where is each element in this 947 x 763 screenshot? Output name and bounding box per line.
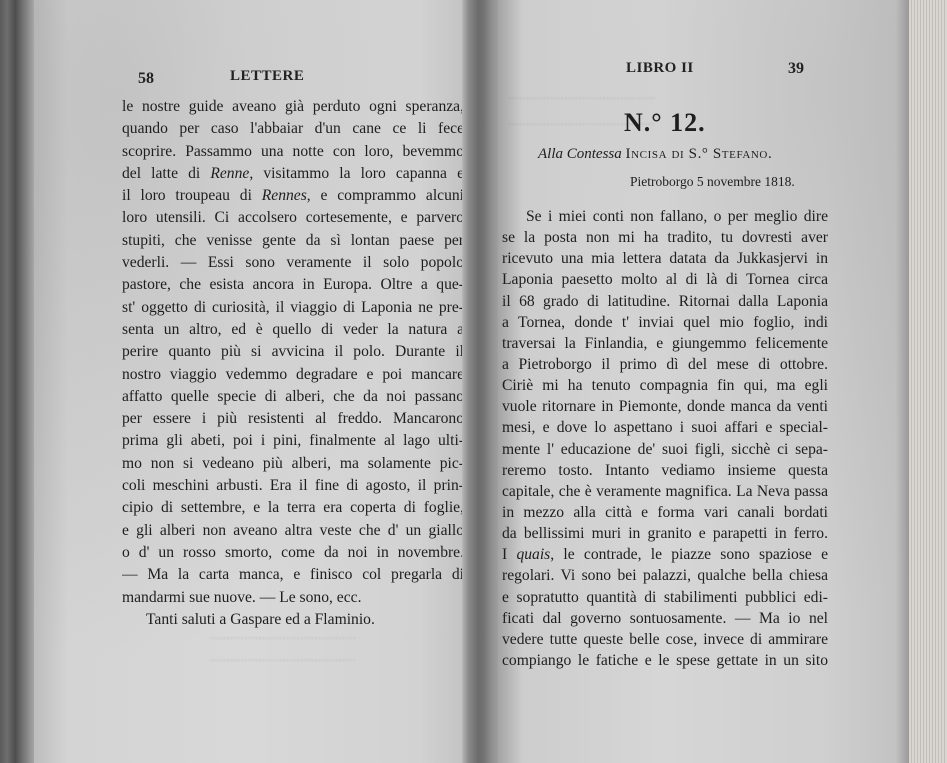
text-line: scoprire. Passammo una notte con loro, b…: [122, 141, 464, 163]
italic-word: Renne: [210, 165, 249, 182]
body-text: Se i miei conti non fallano, o per megli…: [502, 206, 828, 671]
text-line: loro utensili. Ci accolsero cortesemente…: [122, 207, 464, 229]
text-line: quando per caso l'abbaiar d'un cane ce l…: [122, 118, 464, 140]
text-line: mandarmi sue nuove. — Le sono, ecc.: [122, 587, 464, 609]
addressee-title: Alla Contessa: [538, 146, 622, 162]
text-line: del latte di Renne, visitammo la loro ca…: [122, 163, 464, 185]
text-line: o d' un rosso smorto, come da noi in nov…: [122, 542, 464, 564]
text-line: prima gli abeti, poi i pini, finalmente …: [122, 430, 464, 452]
text-line: vuole ritornare in Piemonte, donde manca…: [502, 396, 828, 417]
addressee-name: Incisa di S.° Stefano.: [626, 146, 773, 162]
postscript-line: Tanti saluti a Gaspare ed a Flaminio.: [122, 609, 464, 631]
text-line: affatto quelle specie di alberi, che da …: [122, 386, 464, 408]
text-line: ficati dal governo sontuosamente. — Ma i…: [502, 608, 828, 629]
text-line: le nostre guide aveano già perduto ogni …: [122, 96, 464, 118]
book-gutter: [462, 0, 498, 763]
text-line: vederli. — Essi sono veramente il solo p…: [122, 252, 464, 274]
text-line: mente l' educazione de' suoi figli, sicc…: [502, 439, 828, 460]
text-line: perire quanto più si avvicina il polo. D…: [122, 341, 464, 363]
left-page: ........................................…: [34, 0, 462, 763]
text-line: a Tornea, donde t' inviai quel mio fogli…: [502, 312, 828, 333]
dateline: Pietroborgo 5 novembre 1818.: [630, 174, 795, 190]
page-number: 39: [788, 60, 804, 78]
bleed-through-text: ........................................…: [508, 88, 655, 104]
running-head: LETTERE: [230, 68, 304, 85]
text-line: nostro viaggio vedemmo degradare e poi m…: [122, 364, 464, 386]
text-line: mesi, e dove lo aspettano i suoi affari …: [502, 417, 828, 438]
text-line: regolari. Vi sono bei palazzi, qualche b…: [502, 565, 828, 586]
body-text: le nostre guide aveano già perduto ogni …: [122, 96, 464, 631]
text-line: mo non si vedeano più alberi, ma solamen…: [122, 453, 464, 475]
text-line: coli meschini arbusti. Era il fine di ag…: [122, 475, 464, 497]
text-line: senta un altro, ed è quello di veder la …: [122, 319, 464, 341]
left-binding-edge: [0, 0, 34, 763]
text-line: stupiti, che venisse gente da sì lontan …: [122, 230, 464, 252]
italic-word: quais: [516, 546, 550, 563]
text-line: per essere i più resistenti al freddo. M…: [122, 408, 464, 430]
text-line: Se i miei conti non fallano, o per megli…: [502, 206, 828, 227]
right-page: ........................................…: [498, 0, 908, 763]
text-line: pastore, che esista ancora in Europa. Ol…: [122, 274, 464, 296]
text-line: il loro troupeau di Rennes, e comprammo …: [122, 185, 464, 207]
text-line: da bellissimi muri in granito e parapett…: [502, 523, 828, 544]
text-line: Laponia paesetto molto al di là di Torne…: [502, 269, 828, 290]
text-line: compiango le fatiche e le spese gettate …: [502, 650, 828, 671]
text-line: cipio di settembre, e la terra era coper…: [122, 497, 464, 519]
running-head: LIBRO II: [626, 60, 694, 77]
text-line: traversai la Finlandia, e giungemmo feli…: [502, 333, 828, 354]
text-line: in mezzo alla città e forma vari canali …: [502, 502, 828, 523]
text-line: Ciriè mi ha tenuto compagnia fin qui, ma…: [502, 375, 828, 396]
text-line: st' oggetto di curiosità, il viaggio di …: [122, 297, 464, 319]
text-line: e sopratutto quantità di stabilimenti pu…: [502, 587, 828, 608]
italic-word: Rennes: [262, 187, 307, 204]
text-line: il 68 grado di latitudine. Ritornai dall…: [502, 291, 828, 312]
text-line: — Ma la carta manca, e finisco col prega…: [122, 564, 464, 586]
book-spread: ........................................…: [0, 0, 908, 763]
text-line: se la posta non mi ha tradito, tu dovres…: [502, 227, 828, 248]
text-line: capitale, che è veramente magnifica. La …: [502, 481, 828, 502]
text-line: I quais, le contrade, le piazze sono spa…: [502, 544, 828, 565]
text-line: reremo tosto. Intanto vediamo insieme qu…: [502, 460, 828, 481]
text-line: a Pietroborgo il primo dì del mese di ot…: [502, 354, 828, 375]
text-line: e gli alberi non aveano altra veste che …: [122, 520, 464, 542]
bleed-through-text: ........................................…: [209, 650, 356, 666]
viewer-edge-strip: [908, 0, 947, 763]
text-line: ricevuto una mia lettera datata da Jukka…: [502, 248, 828, 269]
letter-number: N.° 12.: [624, 108, 706, 138]
text-line: vedere tutte queste belle cose, invece d…: [502, 629, 828, 650]
page-number: 58: [138, 70, 154, 88]
addressee: Alla Contessa Incisa di S.° Stefano.: [538, 146, 772, 163]
